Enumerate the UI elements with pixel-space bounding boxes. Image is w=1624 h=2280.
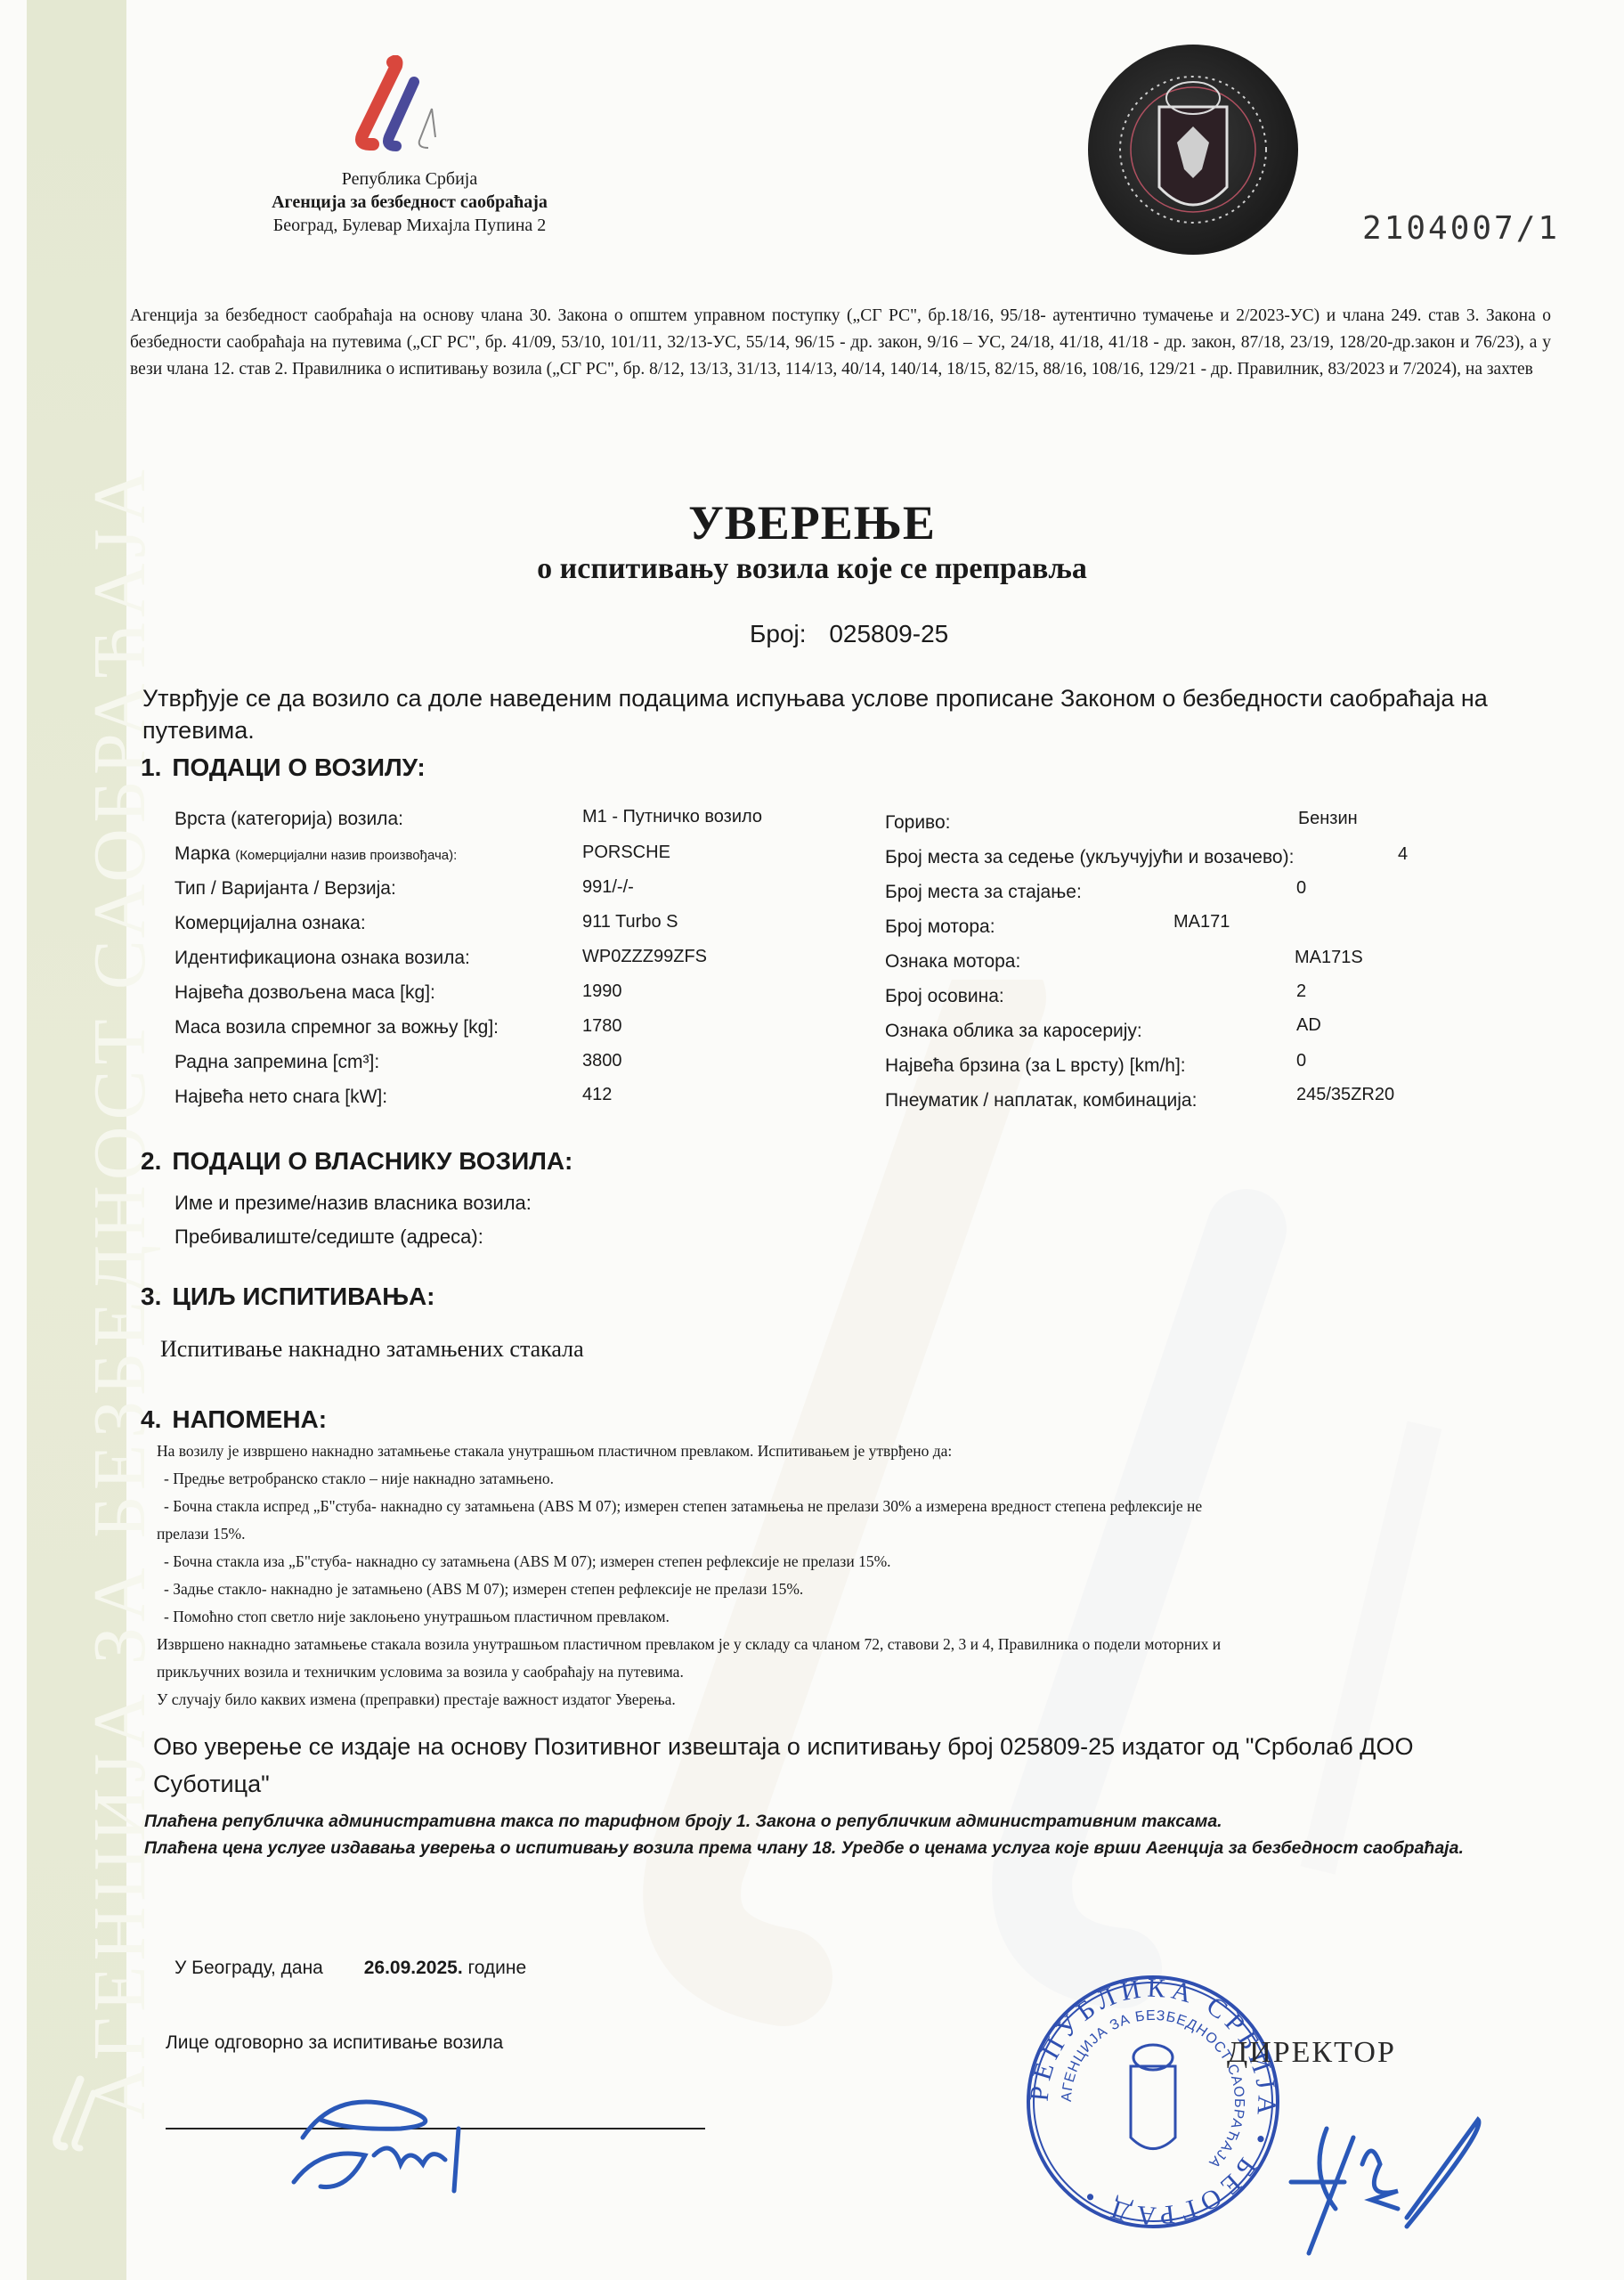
field-vehicle-category-value: М1 - Путничко возило xyxy=(582,807,762,827)
field-make-value: PORSCHE xyxy=(582,843,670,863)
field-max-speed-label: Највећа брзина (за L врсту) [km/h]: xyxy=(885,1055,1186,1077)
field-tyre-label: Пнеуматик / наплатак, комбинација: xyxy=(885,1090,1197,1111)
field-tyre-value: 245/35ZR20 xyxy=(1296,1085,1394,1105)
note-line: - Задње стакло- накнадно је затамњено (A… xyxy=(157,1576,1546,1603)
field-commercial-name-label: Комерцијална ознака: xyxy=(175,913,366,934)
certificate-number-value: 025809-25 xyxy=(829,620,948,647)
svg-text:АГЕНЦИЈА ЗА БЕЗБЕДНОСТ САОБРАЋ: АГЕНЦИЈА ЗА БЕЗБЕДНОСТ САОБРАЋАЈА xyxy=(1060,2008,1246,2171)
note-line: - Бочна стакла испред „Б"стуба- накнадно… xyxy=(157,1493,1546,1520)
agency-header: Република Србија Агенција за безбедност … xyxy=(205,167,614,237)
owner-name-label: Име и презиме/назив власника возила: xyxy=(175,1192,532,1215)
field-body-type-value: AD xyxy=(1296,1015,1321,1036)
agency-address: Београд, Булевар Михајла Пупина 2 xyxy=(205,214,614,237)
field-vehicle-category-label: Врста (категорија) возила: xyxy=(175,809,403,830)
side-logo-icon xyxy=(45,2075,107,2155)
signature-icon xyxy=(267,2075,534,2200)
note-line: - Помоћно стоп светло није заклоњено уну… xyxy=(157,1603,1546,1631)
director-label: ДИРЕКТОР xyxy=(1227,2036,1396,2070)
field-kerb-mass-label: Маса возила спремног за вожњу [kg]: xyxy=(175,1017,499,1038)
certificate-number: Број: 025809-25 xyxy=(750,620,948,648)
certification-statement: Утврђује се да возило са доле наведеним … xyxy=(142,682,1514,746)
section-notes-heading: 4.НАПОМЕНА: xyxy=(141,1405,327,1434)
field-engine-code-value: MA171S xyxy=(1295,948,1363,968)
field-fuel-label: Гориво: xyxy=(885,812,951,834)
place-label: У Београду, дана xyxy=(175,1958,323,1978)
document-code: 2104007/1 xyxy=(1362,210,1560,247)
section-vehicle-data-heading: 1.ПОДАЦИ О ВОЗИЛУ: xyxy=(141,753,426,782)
field-max-power-value: 412 xyxy=(582,1085,612,1105)
field-standing-label: Број места за стајање: xyxy=(885,882,1082,903)
responsible-person-label: Лице одговорно за испитивање возила xyxy=(166,2032,503,2054)
field-commercial-name-value: 911 Turbo S xyxy=(582,912,678,932)
note-line: - Предње ветробранско стакло – није накн… xyxy=(157,1465,1546,1493)
field-max-power-label: Највећа нето снага [kW]: xyxy=(175,1087,387,1108)
note-line: прикључних возила и техничким условима з… xyxy=(157,1658,1546,1686)
field-displacement-label: Радна запремина [cm³]: xyxy=(175,1052,379,1073)
issue-date: 26.09.2025. xyxy=(364,1958,463,1978)
certificate-number-label: Број: xyxy=(750,620,807,647)
hologram-seal-icon xyxy=(1088,45,1298,255)
official-stamp-icon: РЕПУБЛИКА СРБИЈА • БЕОГРАД • АГЕНЦИЈА ЗА… xyxy=(1024,1968,1282,2235)
test-purpose-text: Испитивање накнадно затамњених стакала xyxy=(160,1336,584,1363)
field-displacement-value: 3800 xyxy=(582,1051,622,1071)
field-standing-value: 0 xyxy=(1296,878,1306,899)
document-subtitle: о испитивању возила које се преправља xyxy=(0,552,1624,586)
field-max-mass-value: 1990 xyxy=(582,981,622,1002)
fee-line: Плаћена цена услуге издавања уверења о и… xyxy=(144,1835,1515,1861)
field-engine-code-label: Ознака мотора: xyxy=(885,951,1020,973)
field-kerb-mass-value: 1780 xyxy=(582,1016,622,1037)
field-engine-number-label: Број мотора: xyxy=(885,916,995,938)
field-axles-label: Број осовина: xyxy=(885,986,1004,1007)
section-owner-heading: 2.ПОДАЦИ О ВЛАСНИКУ ВОЗИЛА: xyxy=(141,1147,572,1176)
field-axles-value: 2 xyxy=(1296,981,1306,1002)
note-line: Извршено накнадно затамњење стакала вози… xyxy=(157,1631,1546,1658)
owner-address-label: Пребивалиште/седиште (адреса): xyxy=(175,1225,483,1249)
notes-block: На возилу је извршено накнадно затамњење… xyxy=(157,1437,1546,1714)
field-vin-label: Идентификациона ознака возила: xyxy=(175,948,470,969)
place-and-date: У Београду, дана 26.09.2025. године xyxy=(175,1958,526,1979)
field-fuel-value: Бензин xyxy=(1298,809,1358,829)
date-suffix: године xyxy=(468,1958,527,1978)
fees-block: Плаћена републичка административна такса… xyxy=(144,1808,1515,1861)
director-signature-icon xyxy=(1273,2102,1487,2262)
field-seats-label: Број места за седење (укључујући и возач… xyxy=(885,847,1294,868)
agency-name: Агенција за безбедност саобраћаја xyxy=(205,191,614,214)
field-seats-value: 4 xyxy=(1398,844,1408,865)
field-make-label: Марка (Комерцијални назив произвођача): xyxy=(175,843,457,865)
field-type-value: 991/-/- xyxy=(582,877,634,898)
note-line: прелази 15%. xyxy=(157,1520,1546,1548)
field-max-mass-label: Највећа дозвољена маса [kg]: xyxy=(175,982,435,1004)
field-vin-value: WP0ZZZ99ZFS xyxy=(582,947,707,967)
agency-country: Република Србија xyxy=(205,167,614,191)
fee-line: Плаћена републичка административна такса… xyxy=(144,1808,1515,1835)
legal-basis-text: Агенција за безбедност саобраћаја на осн… xyxy=(130,303,1551,383)
field-engine-number-value: MA171 xyxy=(1173,912,1230,932)
issuance-basis-text: Ово уверење се издаје на основу Позитивн… xyxy=(153,1728,1506,1803)
document-title: УВЕРЕЊЕ xyxy=(0,495,1624,550)
field-body-type-label: Ознака облика за каросерију: xyxy=(885,1021,1142,1042)
field-max-speed-value: 0 xyxy=(1296,1051,1306,1071)
note-line: У случају било каквих измена (преправки)… xyxy=(157,1686,1546,1714)
section-purpose-heading: 3.ЦИЉ ИСПИТИВАЊА: xyxy=(141,1282,435,1311)
note-line: - Бочна стакла иза „Б"стуба- накнадно су… xyxy=(157,1548,1546,1576)
field-type-label: Тип / Варијанта / Верзија: xyxy=(175,878,396,900)
note-line: На возилу је извршено накнадно затамњење… xyxy=(157,1437,1546,1465)
agency-logo-icon xyxy=(343,55,450,153)
